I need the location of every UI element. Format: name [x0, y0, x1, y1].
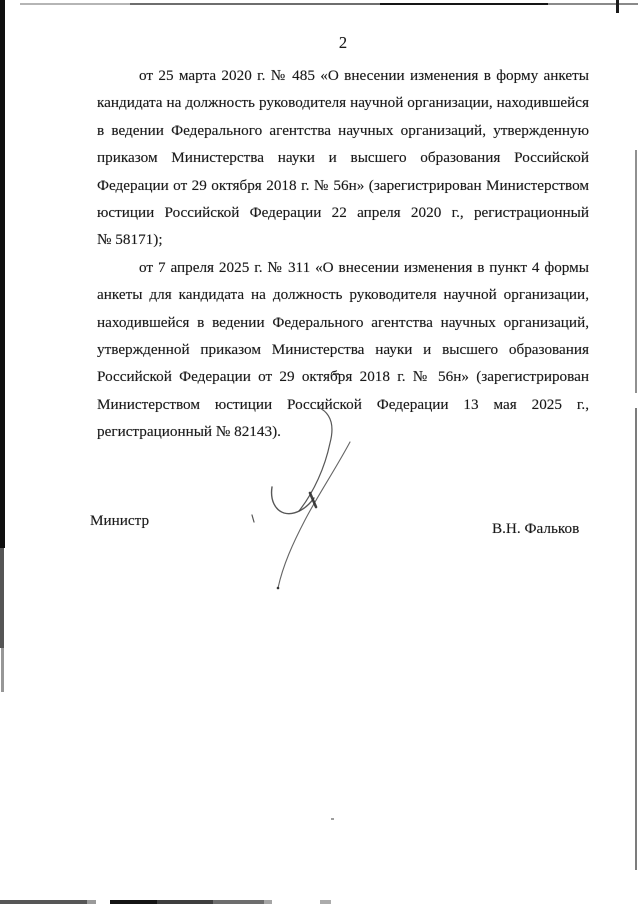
- scan-edge-bottom-segment: [157, 900, 213, 904]
- text-line: от 25 марта 2020 г. № 485 «О внесении из…: [97, 62, 589, 89]
- page-number: 2: [97, 33, 589, 53]
- text-line: в ведении Федерального агентства научных…: [97, 117, 589, 144]
- scan-edge-left-fade: [0, 548, 4, 648]
- scan-mark-top-right: [616, 0, 619, 13]
- scan-edge-bottom-segment: [110, 900, 157, 904]
- paragraph-order-2020: от 25 марта 2020 г. № 485 «О внесении из…: [97, 62, 589, 254]
- signer-title: Министр: [90, 512, 149, 530]
- text-line: № 58171);: [97, 226, 589, 253]
- scan-speck: [331, 818, 334, 820]
- scan-edge-top: [548, 3, 638, 5]
- text-line: находившейся в ведении Федерального аген…: [97, 309, 589, 336]
- scan-edge-top: [130, 3, 380, 5]
- scan-edge-left-fade-light: [1, 648, 4, 692]
- signer-name: В.Н. Фальков: [492, 520, 579, 538]
- scan-edge-top: [20, 3, 130, 5]
- text-line: анкеты для кандидата на должность руково…: [97, 281, 589, 308]
- text-line: юстиции Российской Федерации 22 апреля 2…: [97, 199, 589, 226]
- scan-edge-bottom: [0, 900, 640, 904]
- signature-stroke: [278, 442, 350, 588]
- scan-edge-bottom-segment: [87, 900, 96, 904]
- text-line: Российской Федерации от 29 октября 2018 …: [97, 363, 589, 390]
- signature-ink-dot: [277, 587, 280, 590]
- text-line: от 7 апреля 2025 г. № 311 «О внесении из…: [97, 254, 589, 281]
- scan-edge-bottom-segment: [264, 900, 272, 904]
- scan-edge-bottom-segment: [213, 900, 264, 904]
- text-line: кандидата на должность руководителя науч…: [97, 89, 589, 116]
- text-line: Федерации от 29 октября 2018 г. № 56н» (…: [97, 172, 589, 199]
- scan-edge-left: [0, 0, 5, 548]
- scan-edge-bottom-segment: [320, 900, 331, 904]
- text-line: утвержденной приказом Министерства науки…: [97, 336, 589, 363]
- scan-edge-right: [635, 408, 637, 870]
- scan-edge-bottom-segment: [0, 900, 87, 904]
- signature-stroke: [299, 407, 332, 511]
- scanned-document-page: 2 от 25 марта 2020 г. № 485 «О внесении …: [0, 0, 640, 905]
- signature-stroke: [272, 487, 314, 514]
- scan-edge-top: [380, 3, 548, 6]
- scan-edge-right: [635, 150, 637, 393]
- signature-stroke: [252, 515, 254, 522]
- text-line: приказом Министерства науки и высшего об…: [97, 144, 589, 171]
- handwritten-signature: [230, 395, 370, 605]
- document-body: от 25 марта 2020 г. № 485 «О внесении из…: [97, 62, 589, 445]
